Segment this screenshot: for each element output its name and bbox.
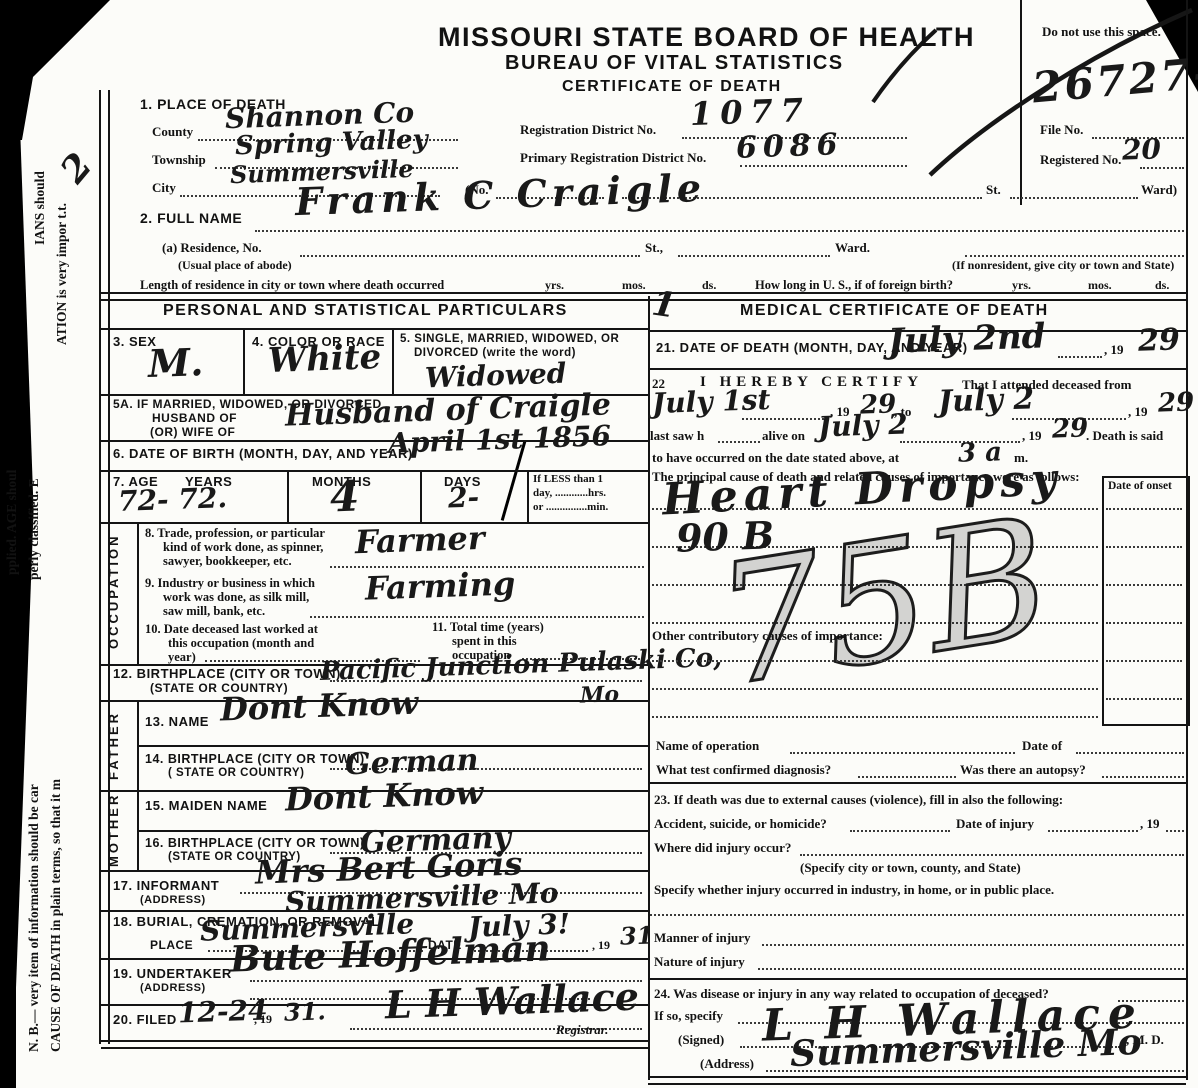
- personal-section-title: PERSONAL AND STATISTICAL PARTICULARS: [163, 302, 568, 320]
- color-race-value: White: [267, 340, 381, 378]
- marital-value: Widowed: [425, 360, 567, 393]
- occupation-side-label: OCCUPATION: [106, 524, 132, 658]
- age-div3: [527, 470, 529, 522]
- date-of-death-value: July 2nd: [887, 319, 1046, 358]
- trade-value: Farmer: [354, 522, 485, 559]
- personal-title-rule: [101, 328, 648, 330]
- residence-line3: [965, 255, 1184, 257]
- specify-city-label: (Specify city or town, county, and State…: [800, 860, 1021, 876]
- sex-color-divider: [243, 328, 245, 394]
- total-time-label-2: spent in this: [452, 634, 517, 649]
- do-not-use-divider: [1020, 0, 1022, 205]
- last-saw-year-prefix: , 19: [1022, 428, 1042, 444]
- birthplace-label-1: 12. BIRTHPLACE (CITY OR TOWN): [113, 666, 341, 681]
- undertaker-value: Bute Hoffelman: [229, 930, 551, 977]
- do-not-use-label: Do not use this space.: [1042, 24, 1161, 40]
- operation-line: [790, 752, 1015, 754]
- accident-line: [850, 830, 950, 832]
- trade-label-3: sawyer, bookkeeper, etc.: [163, 554, 292, 569]
- injury-year-label: , 19: [1140, 816, 1160, 832]
- operation-date-line: [1076, 752, 1184, 754]
- dob-value: April 1st 1856: [388, 422, 612, 458]
- father-name-value: Dont Know: [220, 687, 419, 726]
- full-name-line: [255, 230, 1184, 232]
- attended-to-year: 29: [1158, 389, 1195, 416]
- nonresident-label: (If nonresident, give city or town and S…: [952, 258, 1174, 273]
- total-time-label-1: 11. Total time (years): [432, 620, 544, 635]
- us-mos-label: mos.: [1088, 278, 1112, 293]
- cause-stamp-code: 75B: [707, 495, 1060, 710]
- residence-line: [300, 255, 640, 257]
- industry-line: [310, 616, 644, 618]
- birthplace-value-2: Mo: [580, 683, 620, 706]
- margin-note-4: perly classified. E: [26, 478, 42, 580]
- husband-label-2: HUSBAND OF: [152, 411, 237, 425]
- length-yrs-label: yrs.: [545, 278, 564, 293]
- operation-date-label: Date of: [1022, 738, 1062, 754]
- street-ward-label: Ward): [1141, 182, 1177, 198]
- left-column-bottom-rule: [101, 1040, 650, 1049]
- date-of-death-line: [1058, 356, 1102, 358]
- last-saw-value: July 2: [818, 410, 909, 441]
- reg-district-label: Registration District No.: [520, 122, 656, 138]
- file-no-label: File No.: [1040, 122, 1083, 138]
- row22-rule: [648, 782, 1186, 784]
- signed-label: (Signed): [678, 1032, 724, 1048]
- age-months-value: 4: [329, 476, 360, 519]
- residence-st-label: St.,: [645, 240, 663, 256]
- street-st-label: St.: [986, 182, 1001, 198]
- residence-line2: [678, 255, 830, 257]
- date-of-onset-box: [1102, 476, 1190, 726]
- manner-injury-line: [762, 944, 1184, 946]
- right-column-bottom-rule: [648, 1076, 1186, 1085]
- contributory-line-1: [652, 660, 1098, 662]
- city-label: City: [152, 180, 176, 196]
- where-injury-line: [800, 854, 1184, 856]
- last-saw-year: 29: [1052, 415, 1089, 442]
- bureau-title: BUREAU OF VITAL STATISTICS: [505, 52, 844, 75]
- dob-label: 6. DATE OF BIRTH (MONTH, DAY, AND YEAR): [113, 446, 413, 461]
- father-name-label: 13. NAME: [145, 714, 209, 729]
- address-label: (Address): [700, 1056, 754, 1072]
- county-label: County: [152, 124, 193, 140]
- row21-rule: [648, 368, 1186, 370]
- industry-value: Farming: [364, 567, 515, 604]
- row23-rule: [648, 978, 1186, 980]
- death-is-said-label: . Death is said: [1086, 428, 1163, 444]
- primary-reg-label: Primary Registration District No.: [520, 150, 706, 166]
- top-section-rule: [101, 292, 1186, 301]
- township-label: Township: [152, 152, 206, 168]
- occupation-inner-divider: [137, 522, 139, 664]
- registered-no-value: 20: [1122, 135, 1162, 164]
- residence-ward-label: Ward.: [835, 240, 870, 256]
- onset-line-6: [1106, 698, 1182, 700]
- test-label: What test confirmed diagnosis?: [656, 762, 831, 778]
- primary-reg-line: [740, 165, 907, 167]
- industry-label-2: work was done, as silk mill,: [163, 590, 309, 605]
- onset-line-1: [1106, 508, 1182, 510]
- filed-year-value: 31.: [284, 999, 327, 1024]
- onset-line-2: [1106, 546, 1182, 548]
- husband-label-3: (OR) WIFE OF: [150, 425, 235, 439]
- undertaker-label: 19. UNDERTAKER: [113, 966, 232, 981]
- date-of-onset-label: Date of onset: [1108, 480, 1172, 492]
- stray-pen-mark-1: 1: [650, 287, 678, 324]
- age-div2: [420, 470, 422, 522]
- contributory-line-2: [652, 688, 1098, 690]
- if-so-specify-label: If so, specify: [654, 1008, 723, 1024]
- undertaker-address-label: (ADDRESS): [140, 982, 206, 994]
- last-saw-mid-label: alive on: [762, 428, 805, 444]
- where-injury-label: Where did injury occur?: [654, 840, 791, 856]
- primary-reg-value: 6086: [736, 130, 844, 164]
- informant-label: 17. INFORMANT: [113, 878, 219, 893]
- industry-label-1: 9. Industry or business in which: [145, 576, 315, 591]
- full-name-value: Frank C Craigle: [294, 169, 706, 221]
- age-days-value: 2-: [448, 483, 480, 512]
- attended-to-value: July 2: [938, 384, 1035, 417]
- registered-no-label: Registered No.: [1040, 152, 1121, 168]
- us-ds-label: ds.: [1155, 278, 1169, 293]
- street-line2: [1010, 197, 1138, 199]
- mother-name-value: Dont Know: [285, 777, 484, 816]
- injury-year-line: [1166, 830, 1184, 832]
- injury-date-line: [1048, 830, 1138, 832]
- date-of-death-year-prefix: , 19: [1104, 342, 1124, 358]
- mother-side-label: MOTHER: [106, 792, 132, 868]
- date-of-death-year: 29: [1137, 325, 1180, 356]
- burial-place-label: PLACE: [150, 938, 193, 952]
- color-marital-divider: [392, 328, 394, 394]
- birthplace-value: Pacific Junction Pulaski Co,: [320, 645, 723, 685]
- attended-to-year-prefix: , 19: [1128, 404, 1148, 420]
- abode-label: (Usual place of abode): [178, 258, 292, 273]
- address-value: Summersville Mo: [789, 1024, 1142, 1072]
- age-div1: [287, 470, 289, 522]
- registered-no-line: [1140, 167, 1184, 169]
- father-birth-label-2: ( STATE OR COUNTRY): [168, 767, 304, 779]
- margin-note-3: pplied. AGE shoul: [4, 470, 20, 575]
- reg-district-value: 1077: [689, 94, 811, 130]
- trade-label-2: kind of work done, as spinner,: [163, 540, 323, 555]
- industry-label-3: saw mill, bank, etc.: [163, 604, 265, 619]
- age-years-value: 72- 72.: [118, 484, 228, 516]
- registrar-signature: L H Wallace: [384, 978, 639, 1025]
- onset-line-4: [1106, 622, 1182, 624]
- last-saw-line1: [718, 441, 760, 443]
- last-worked-label-3: year): [168, 650, 196, 665]
- age-less-label-2: day, ............hrs.: [533, 487, 606, 499]
- father-birth-label-1: 14. BIRTHPLACE (CITY OR TOWN): [145, 752, 365, 766]
- mother-name-label: 15. MAIDEN NAME: [145, 798, 267, 813]
- column-divider: [648, 296, 650, 1080]
- manner-injury-label: Manner of injury: [654, 930, 751, 946]
- autopsy-label: Was there an autopsy?: [960, 762, 1086, 778]
- external-causes-label: 23. If death was due to external causes …: [654, 792, 1063, 808]
- test-line: [858, 776, 956, 778]
- last-saw-pre-label: last saw h: [650, 428, 704, 444]
- filed-label: 20. FILED: [113, 1012, 177, 1027]
- residence-label: (a) Residence, No.: [162, 240, 262, 256]
- attended-from-line: [742, 418, 828, 420]
- death-certificate-scan: IANS should ATION is very impor t.t. ppl…: [0, 0, 1198, 1088]
- informant-address-label: (ADDRESS): [140, 894, 206, 906]
- operation-label: Name of operation: [656, 738, 759, 754]
- contributory-line-3: [652, 716, 1098, 718]
- nature-injury-label: Nature of injury: [654, 954, 745, 970]
- accident-label: Accident, suicide, or homicide?: [654, 816, 827, 832]
- onset-line-3: [1106, 584, 1182, 586]
- father-side-label: FATHER: [106, 702, 132, 788]
- autopsy-line: [1102, 776, 1184, 778]
- injury-date-label: Date of injury: [956, 816, 1034, 832]
- mother-birth-label-1: 16. BIRTHPLACE (CITY OR TOWN): [145, 836, 365, 850]
- margin-note-5: N. B.— very item of information should b…: [26, 784, 42, 1052]
- nature-injury-line: [758, 968, 1184, 970]
- length-ds-label: ds.: [702, 278, 716, 293]
- how-long-us-label: How long in U. S., if of foreign birth?: [755, 278, 953, 293]
- margin-note-1: IANS should: [32, 171, 48, 245]
- age-less-label-1: If LESS than 1: [533, 473, 603, 485]
- length-residence-label: Length of residence in city or town wher…: [140, 278, 444, 293]
- burial-year-value: 31: [620, 923, 654, 948]
- last-worked-label-2: this occupation (month and: [168, 636, 314, 651]
- registrar-label: Registrar.: [556, 1022, 608, 1038]
- margin-note-6: CAUSE OF DEATH in plain terms, so that i…: [48, 779, 64, 1052]
- sex-value: M.: [147, 343, 204, 383]
- filed-year-prefix: , 19: [254, 1012, 272, 1027]
- length-mos-label: mos.: [622, 278, 646, 293]
- marital-label-1: 5. SINGLE, MARRIED, WIDOWED, OR: [400, 333, 619, 345]
- attended-from-value: July 1st: [652, 386, 771, 418]
- last-worked-label-1: 10. Date deceased last worked at: [145, 622, 318, 637]
- onset-line-5: [1106, 660, 1182, 662]
- burial-year-prefix: , 19: [592, 938, 610, 953]
- us-yrs-label: yrs.: [1012, 278, 1031, 293]
- board-title: MISSOURI STATE BOARD OF HEALTH: [438, 22, 975, 53]
- margin-pen-mark-2: 2: [55, 147, 99, 189]
- industry-home-line: [650, 914, 1184, 916]
- specify-whether-label: Specify whether injury occurred in indus…: [654, 882, 1054, 898]
- row6-rule: [101, 470, 648, 472]
- full-name-label: 2. FULL NAME: [140, 210, 242, 226]
- contributory-label: Other contributory causes of importance:: [652, 628, 883, 644]
- age-less-label-3: or ...............min.: [533, 501, 608, 513]
- trade-label-1: 8. Trade, profession, or particular: [145, 526, 325, 541]
- scan-blob-topleft: [0, 0, 110, 140]
- margin-note-2: ATION is very impor t.t.: [54, 203, 70, 345]
